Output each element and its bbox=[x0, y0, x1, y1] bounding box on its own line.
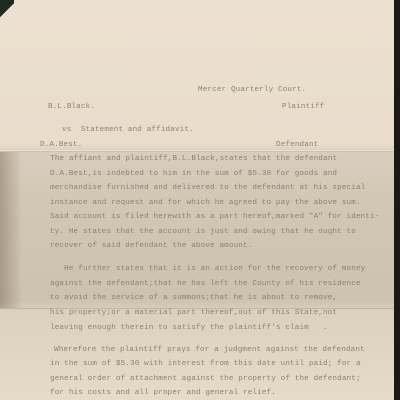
body-line: Wherefore the plaintiff prays for a judg… bbox=[40, 346, 365, 355]
page-corner bbox=[0, 0, 14, 20]
body-line: The affiant and plaintiff,B.L.Black,stat… bbox=[36, 155, 337, 164]
body-line: general order of attachment against the … bbox=[50, 375, 361, 384]
plaintiff-name: B.L.Black. bbox=[48, 103, 95, 112]
body-line: ty. He states that the account is just a… bbox=[50, 228, 356, 237]
paper-fold-line bbox=[0, 150, 394, 152]
body-line: He further states that it is an action f… bbox=[50, 265, 365, 274]
body-line: to avoid the service of a summons;that h… bbox=[50, 294, 337, 303]
scan-background-edge bbox=[394, 0, 400, 400]
body-line: his property;or a material part thereof,… bbox=[50, 309, 337, 318]
body-line: recover of said defendant the above amou… bbox=[50, 242, 252, 251]
court-name: Mercer Quarterly Court. bbox=[198, 86, 306, 95]
body-line: D.A.Best,is indebted to him in the sum o… bbox=[50, 170, 337, 179]
body-line: in the sum of $5.30 with interest from t… bbox=[50, 360, 361, 369]
body-line: against the defendant;that he has left t… bbox=[50, 280, 361, 289]
body-line: Said account is filed herewith as a part… bbox=[50, 213, 380, 222]
body-line: instance and request and for which he ag… bbox=[50, 199, 361, 208]
defendant-label: Defendant bbox=[276, 141, 318, 150]
body-line: for his costs and all proper and general… bbox=[50, 389, 276, 398]
scanned-document-page: Mercer Quarterly Court. B.L.Black. Plain… bbox=[0, 0, 394, 400]
statement-title: vs Statement and affidavit. bbox=[62, 126, 194, 135]
page-shadow bbox=[0, 150, 22, 310]
defendant-name: D.A.Best. bbox=[40, 141, 82, 150]
body-line: leaving enough therein to satisfy the pl… bbox=[50, 324, 328, 333]
body-line: merchandise furnished and delivered to t… bbox=[50, 184, 365, 193]
plaintiff-label: Plaintiff bbox=[282, 103, 324, 112]
